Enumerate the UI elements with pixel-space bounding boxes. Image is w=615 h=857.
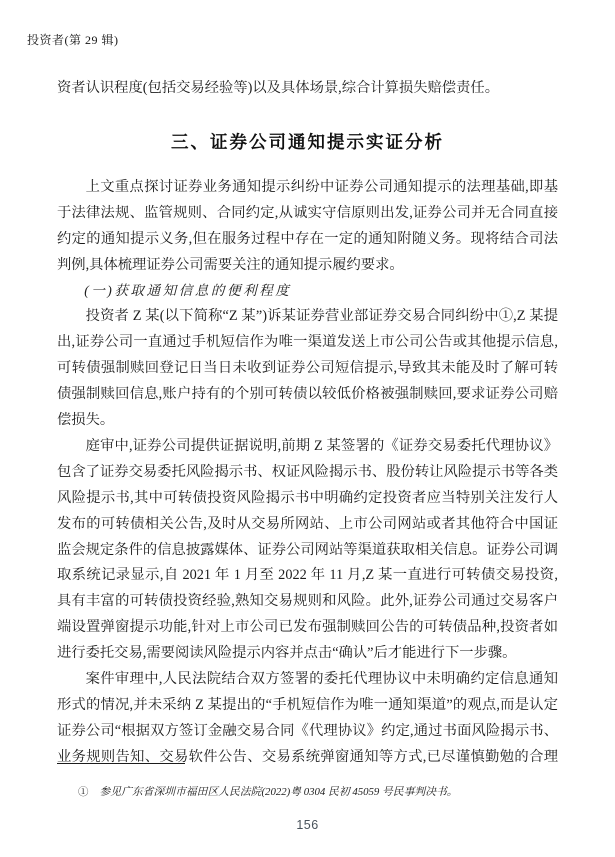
paragraph-continuation: 资者认识程度(包括交易经验等)以及具体场景,综合计算损失赔偿责任。 [57, 76, 558, 102]
paragraph-ruling: 案件审理中,人民法院结合双方签署的委托代理协议中未明确约定信息通知形式的情况,并… [57, 667, 558, 764]
page-body: 资者认识程度(包括交易经验等)以及具体场景,综合计算损失赔偿责任。 三、证券公司… [57, 76, 558, 764]
book-page: 投资者(第 29 辑) 资者认识程度(包括交易经验等)以及具体场景,综合计算损失… [0, 0, 615, 857]
paragraph-claim: 投资者 Z 某(以下简称“Z 某”)诉某证券营业部证券交易合同纠纷中①,Z 某提… [57, 304, 558, 434]
paragraph-trial: 庭审中,证券公司提供证据说明,前期 Z 某签署的《证券交易委托代理协议》包含了证… [57, 434, 558, 667]
paragraph-overview: 上文重点探讨证券业务通知提示纠纷中证券公司通知提示的法理基础,即基于法律法规、监… [57, 175, 558, 279]
section-heading: 三、证券公司通知提示实证分析 [57, 130, 558, 156]
footnote: ①参见广东省深圳市福田区人民法院(2022)粤 0304 民初 45059 号民… [78, 785, 548, 800]
subsection-heading: (一)获取通知信息的便利程度 [57, 278, 558, 304]
page-number: 156 [0, 818, 615, 832]
footnote-divider [57, 763, 185, 764]
footnote-marker: ① [78, 787, 89, 798]
footnote-text: 参见广东省深圳市福田区人民法院(2022)粤 0304 民初 45059 号民事… [100, 786, 458, 798]
running-head: 投资者(第 29 辑) [27, 31, 119, 48]
